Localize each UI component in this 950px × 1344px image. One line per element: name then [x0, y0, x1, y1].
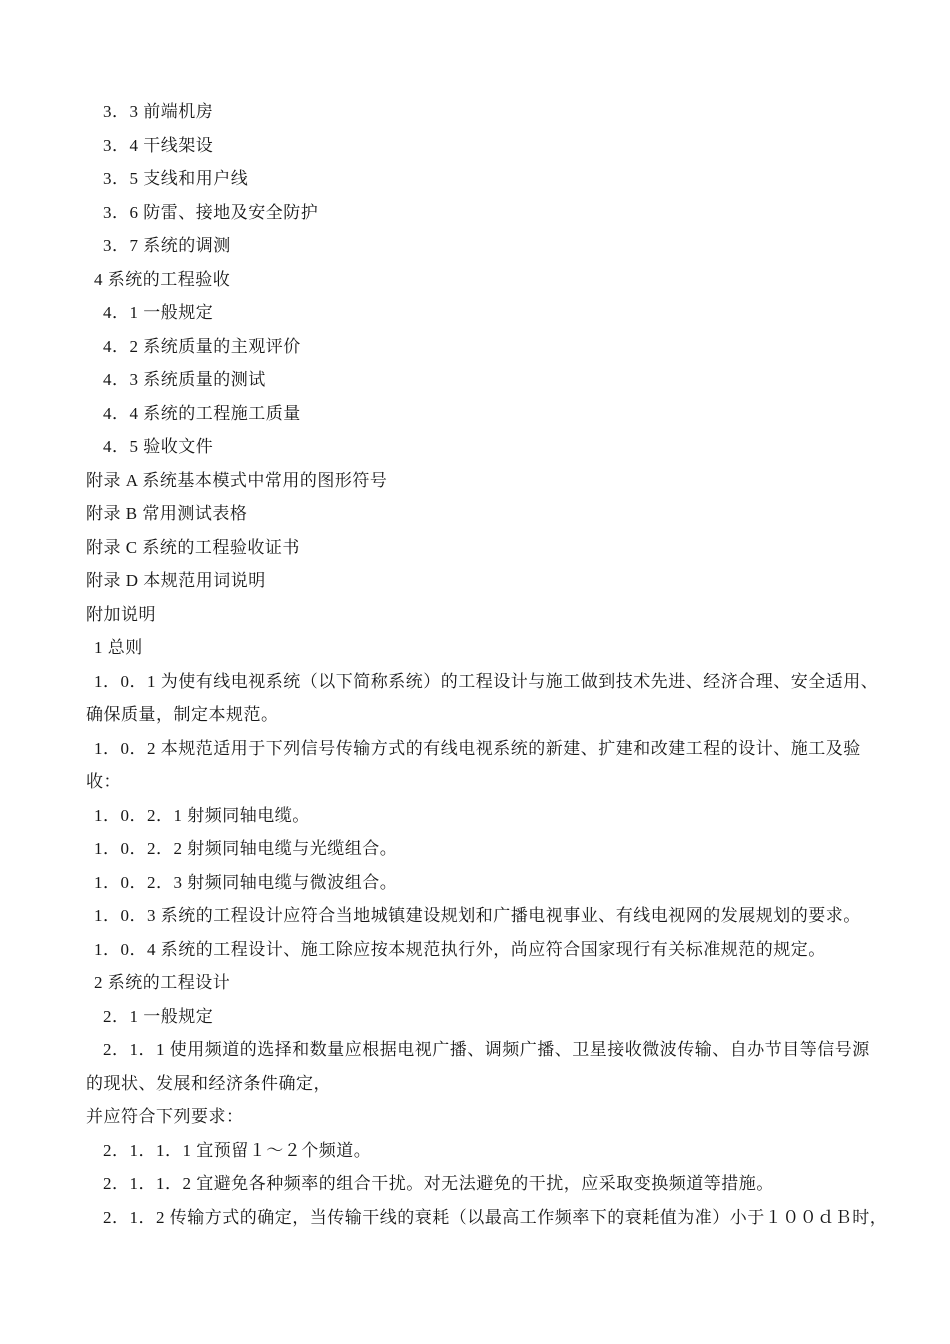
- text-line: 2．1．1 使用频道的选择和数量应根据电视广播、调频广播、卫星接收微波传输、自办…: [84, 1033, 890, 1067]
- text-line: 附录 A 系统基本模式中常用的图形符号: [84, 464, 890, 498]
- text-line: 2．1．2 传输方式的确定，当传输干线的衰耗（以最高工作频率下的衰耗值为准）小于…: [84, 1201, 890, 1235]
- text-line: 1．0．2．2 射频同轴电缆与光缆组合。: [84, 832, 890, 866]
- text-line: 附加说明: [84, 598, 890, 632]
- text-line: 附录 D 本规范用词说明: [84, 564, 890, 598]
- text-line: 4．3 系统质量的测试: [84, 363, 890, 397]
- text-line: 的现状、发展和经济条件确定，: [84, 1067, 890, 1101]
- text-line: 3．7 系统的调测: [84, 229, 890, 263]
- text-line: 1 总则: [84, 631, 890, 665]
- text-line: 1．0．3 系统的工程设计应符合当地城镇建设规划和广播电视事业、有线电视网的发展…: [84, 899, 890, 933]
- text-line: 2 系统的工程设计: [84, 966, 890, 1000]
- text-line: 确保质量，制定本规范。: [84, 698, 890, 732]
- text-line: 1．0．4 系统的工程设计、施工除应按本规范执行外，尚应符合国家现行有关标准规范…: [84, 933, 890, 967]
- text-line: 附录 B 常用测试表格: [84, 497, 890, 531]
- text-line: 4．4 系统的工程施工质量: [84, 397, 890, 431]
- text-line: 4．5 验收文件: [84, 430, 890, 464]
- document-lines: 3．3 前端机房3．4 干线架设3．5 支线和用户线3．6 防雷、接地及安全防护…: [84, 95, 890, 1234]
- text-line: 2．1 一般规定: [84, 1000, 890, 1034]
- text-line: 3．5 支线和用户线: [84, 162, 890, 196]
- text-line: 4．1 一般规定: [84, 296, 890, 330]
- text-line: 2．1．1．2 宜避免各种频率的组合干扰。对无法避免的干扰，应采取变换频道等措施…: [84, 1167, 890, 1201]
- text-line: 并应符合下列要求：: [84, 1100, 890, 1134]
- text-line: 3．3 前端机房: [84, 95, 890, 129]
- text-line: 1．0．2．3 射频同轴电缆与微波组合。: [84, 866, 890, 900]
- text-line: 附录 C 系统的工程验收证书: [84, 531, 890, 565]
- text-line: 3．6 防雷、接地及安全防护: [84, 196, 890, 230]
- text-line: 收：: [84, 765, 890, 799]
- text-line: 1．0．2．1 射频同轴电缆。: [84, 799, 890, 833]
- text-line: 4 系统的工程验收: [84, 263, 890, 297]
- document-page: 3．3 前端机房3．4 干线架设3．5 支线和用户线3．6 防雷、接地及安全防护…: [0, 0, 950, 1344]
- text-line: 1．0．1 为使有线电视系统（以下简称系统）的工程设计与施工做到技术先进、经济合…: [84, 665, 890, 699]
- text-line: 4．2 系统质量的主观评价: [84, 330, 890, 364]
- text-line: 1．0．2 本规范适用于下列信号传输方式的有线电视系统的新建、扩建和改建工程的设…: [84, 732, 890, 766]
- text-line: 2．1．1．1 宜预留１～２个频道。: [84, 1134, 890, 1168]
- text-line: 3．4 干线架设: [84, 129, 890, 163]
